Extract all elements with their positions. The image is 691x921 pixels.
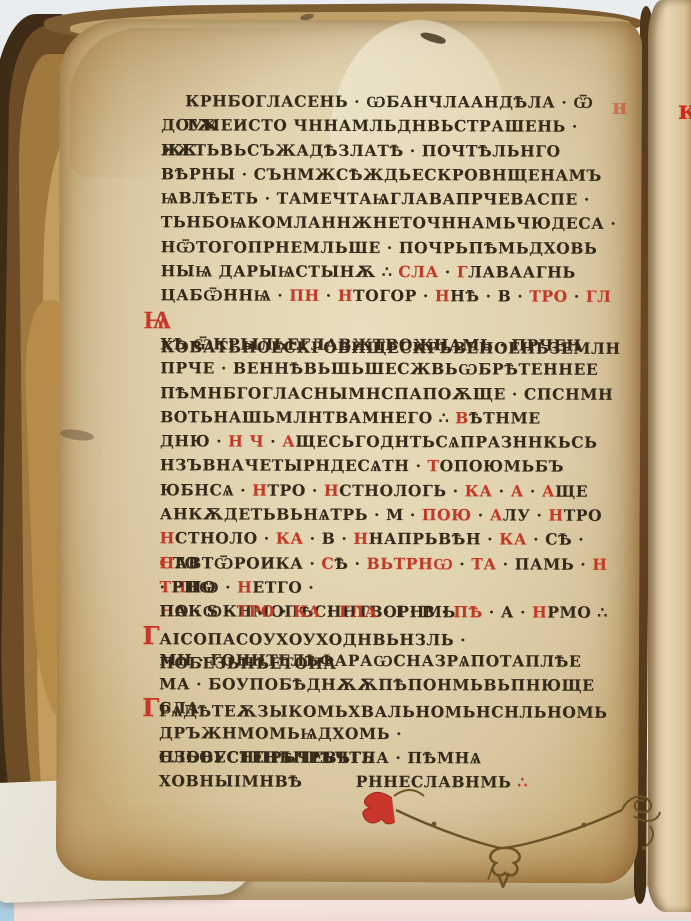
ink-text: мн · гоннтелѣфараѡсназрѧпотаплѣе xyxy=(159,650,581,670)
red-floret xyxy=(363,792,395,823)
text-line: прче · веннѣвьшьшесжвьѡбрѣтеннее xyxy=(160,356,616,382)
text-line: по · ѕ · тро · ка · гла · і · в · пѣ · а… xyxy=(159,599,615,625)
text-line: нзъвначетырндесѧтн · топоюмьбъ xyxy=(160,454,616,480)
text-line: цабѿннѩ · пн · нтогор · ннѣ · в · тро · … xyxy=(160,284,616,310)
ink-text: дню · xyxy=(160,431,228,450)
rubric-text: ка xyxy=(465,481,493,500)
ink-text: стноло · xyxy=(175,529,276,548)
text-line: словеснпрѣчевьгла · пѣмнѧ ховныімнвѣ xyxy=(159,745,615,771)
text-line: пѣмнбгогласнымнспапоѫще · спснмн xyxy=(160,381,616,407)
rubric-text: ка xyxy=(499,530,527,549)
ink-text: цабѿннѩ · xyxy=(160,286,289,305)
ink-text: етго · xyxy=(252,577,320,596)
rubric-text: ѩ xyxy=(143,308,160,332)
rubric-text: а xyxy=(511,481,524,500)
facing-page-red-letter: к xyxy=(678,96,691,126)
ink-text: · сѣ · xyxy=(527,530,590,549)
rubric-text: н xyxy=(338,286,353,305)
text-line: грѧдѣтеѫзыкомьхвальномьнснльномь xyxy=(159,697,615,723)
text-line: доумеисто чннамльднвьстрашень · нж xyxy=(161,114,617,140)
text-line: дръжнмомьѩдхомь · нзьоустеньпрѣчть xyxy=(159,721,615,747)
rubric-text: пѣ xyxy=(453,602,483,621)
ink-text: · xyxy=(493,481,511,500)
text-line: хѣ ѿкрыльеглавжтвожнамь · прчен xyxy=(160,332,616,358)
rubric-text: н xyxy=(592,554,607,573)
ink-text: хѣ ѿкрыльеглавжтвожнамь · прчен xyxy=(160,334,581,354)
ink-text: · xyxy=(524,481,542,500)
rubric-text: г xyxy=(142,697,159,721)
text-line: навтѿроика · сѣ · вьтрнѡ · та · памь · н… xyxy=(160,551,616,577)
rubric-text: гл xyxy=(586,287,612,306)
ink-text: · xyxy=(264,432,282,451)
text-line: нстноло · ка · в · ннапрьвѣн · ка · сѣ ·… xyxy=(160,527,616,553)
ink-text: щесьгоднтьсѧпразннкьсь xyxy=(295,432,597,452)
ink-text: жетьвьсъжадѣзлатѣ · почтѣльнго xyxy=(161,140,561,160)
ink-text: юбнсѧ · xyxy=(160,480,252,499)
rubric-text: сла xyxy=(398,262,439,281)
ink-text: ныѩ дарыѩстынѫ ∴ xyxy=(161,261,399,281)
rubric-text: г xyxy=(142,624,159,648)
text-line: вѣрны · сънмжсѣждьескровнщенамъ xyxy=(161,162,617,188)
rubric-text: пн xyxy=(289,286,320,305)
ink-text: стнологь · xyxy=(339,481,465,500)
ink-text: · xyxy=(472,505,490,524)
rubric-text: т xyxy=(427,457,439,476)
ink-text: анкѫдетьвьнѧтрь · м · xyxy=(160,504,422,524)
ink-text: опоюмьбъ xyxy=(440,457,564,476)
text-line: нѿтогопрнемльше · почрьпѣмьдховь xyxy=(161,235,617,261)
rubric-text: г xyxy=(457,262,468,281)
ink-text: ѣ · xyxy=(334,553,366,572)
rubric-text: в xyxy=(455,408,469,427)
rubric-text: н xyxy=(324,481,339,500)
ink-text: · xyxy=(568,287,586,306)
ink-text: по · ѕ · xyxy=(159,601,236,620)
text-line: юбнсѧ · нтро · нстнологь · ка · а · аще xyxy=(160,478,616,504)
text-line: дню · н ч · ащесьгоднтьсѧпразннкьсь xyxy=(160,429,616,455)
text-line: ѩвлѣеть · тамечтаѩглавапрчеваспе · xyxy=(161,186,617,212)
ink-text: · памь · xyxy=(497,554,593,573)
manuscript-photo: { "description": "Photograph of a mediev… xyxy=(0,0,691,921)
text-line: трнѡ · нетго · накѡкнмопѣсннтворнмь xyxy=(159,575,615,601)
ink-text: прче · веннѣвьшьшесжвьѡбрѣтеннее xyxy=(160,358,598,379)
ink-text: · і · в · xyxy=(378,602,454,621)
rubric-text: н xyxy=(435,287,450,306)
ink-text: · в · xyxy=(304,529,354,548)
rubric-text: а xyxy=(282,432,295,451)
ink-text: тогор · xyxy=(353,286,435,305)
rubric-text: тро xyxy=(529,287,568,306)
ink-text: тро · xyxy=(267,480,324,499)
rubric-text: н xyxy=(237,577,252,596)
rubric-text: вьтрнѡ xyxy=(367,554,454,573)
ink-text: ѣтнме xyxy=(469,408,541,427)
ink-text: ще xyxy=(555,481,588,500)
ink-text: лаваагнь xyxy=(468,262,576,281)
ink-text: вотьнашьмлнтвамнего ∴ xyxy=(160,407,455,427)
rubric-text: ка xyxy=(293,602,321,621)
rubric-text: а xyxy=(542,481,555,500)
text-block: крнбогласень · ѡбанчлаандѣла · ѿ тѫдоуме… xyxy=(159,89,617,795)
text-line: крнбогласень · ѡбанчлаандѣла · ѿ тѫ xyxy=(161,89,617,115)
rubric-text: н xyxy=(353,529,368,548)
ink-text: рнѡ · xyxy=(172,577,238,596)
text-line: ма · боупобѣднѫѫпѣпонмьвьпнюще сла xyxy=(159,672,615,698)
ink-text: · xyxy=(321,602,339,621)
ink-text: ѩвлѣеть · тамечтаѩглавапрчеваспе · xyxy=(161,188,590,208)
ink-text: · xyxy=(453,554,471,573)
rubric-text: ка xyxy=(276,529,304,548)
ink-text: · а · xyxy=(483,603,532,622)
ink-text: · xyxy=(275,602,293,621)
ink-text: нѿтогопрнемльше · почрьпѣмьдховь xyxy=(161,237,598,258)
rubric-text: гла xyxy=(339,602,378,621)
ink-text: вѣрны · сънмжсѣждьескровнщенамъ xyxy=(161,164,602,185)
text-line: ныѩ дарыѩстынѫ ∴ сла · главаагнь xyxy=(161,259,617,285)
rubric-text: пою xyxy=(422,505,472,524)
ink-text: пѣмнбгогласнымнспапоѫще · спснмн xyxy=(160,383,613,404)
ink-text: · xyxy=(320,286,338,305)
rubric-text: н xyxy=(160,553,175,572)
tailpiece-flourish xyxy=(322,776,674,888)
rubric-text: н xyxy=(252,480,267,499)
ink-text: нзъвначетырндесѧтн · xyxy=(160,456,428,476)
text-line: гаісопасоухоуходнвьнзль · побезьнѣетопа xyxy=(159,624,615,650)
ink-text: рмо ∴ xyxy=(547,603,608,622)
text-line: ѩковатьноескровнщескрьвеноеньземлн xyxy=(160,308,616,334)
ink-text: тьнбоѩкомланнжнеточннамьчюдеса · xyxy=(161,213,617,234)
rubric-text: а xyxy=(490,505,503,524)
rubric-text: с xyxy=(321,553,334,572)
rubric-text: н xyxy=(532,603,547,622)
ink-text: нѣ · в · xyxy=(450,287,529,306)
rubric-text: тро xyxy=(237,602,276,621)
rubric-text: та xyxy=(471,554,496,573)
rubric-text: н xyxy=(160,529,175,548)
text-line: жетьвьсъжадѣзлатѣ · почтѣльнго xyxy=(161,138,617,164)
ink-text: напрьвѣн · xyxy=(369,529,500,548)
ink-text: автѿроика · xyxy=(175,553,322,573)
ink-text: · xyxy=(439,262,457,281)
text-line: тьнбоѩкомланнжнеточннамьчюдеса · xyxy=(161,211,617,237)
rubric-text: н ч xyxy=(228,432,264,451)
text-line: вотьнашьмлнтвамнего ∴ вѣтнме xyxy=(160,405,616,431)
ink-text: лу · xyxy=(503,505,549,524)
rubric-text: н xyxy=(548,506,563,525)
text-line: мн · гоннтелѣфараѡсназрѧпотаплѣе xyxy=(159,648,615,674)
ink-text: рѧдѣтеѫзыкомьхвальномьнснльномь xyxy=(159,702,608,723)
text-line: анкѫдетьвьнѧтрь · м · пою · алу · нтро xyxy=(160,502,616,528)
ink-text: тро xyxy=(564,506,603,525)
rubric-text: т xyxy=(159,577,171,596)
